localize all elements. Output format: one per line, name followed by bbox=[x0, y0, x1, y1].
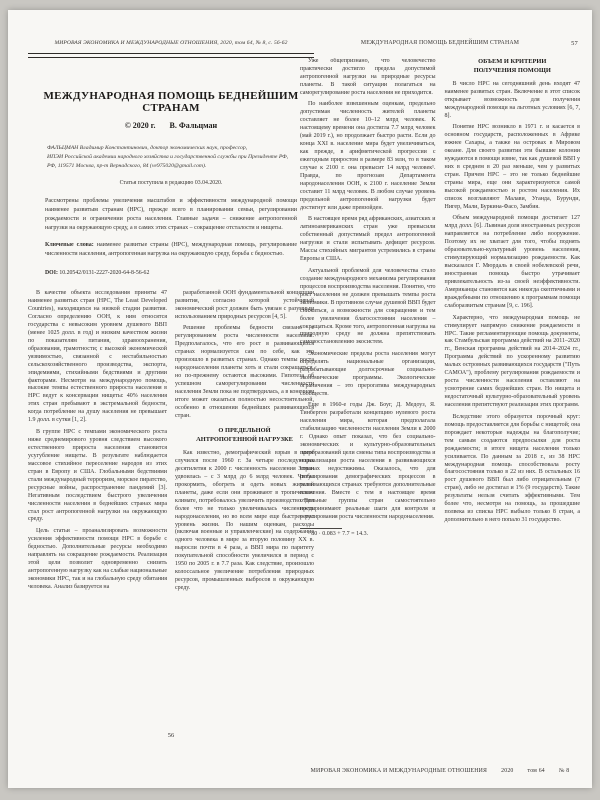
doi-value: 10.20542/0131-2227-2020-64-8-56-62 bbox=[58, 270, 149, 276]
scan-sheet: МИРОВАЯ ЭКОНОМИКА И МЕЖДУНАРОДНЫЕ ОТНОШЕ… bbox=[8, 10, 592, 788]
body-paragraph: Актуальной проблемой для человечества ст… bbox=[300, 268, 436, 348]
copyright-year: © 2020 г. bbox=[125, 121, 156, 130]
affiliation-line: ФАЛЬЦМАН Владимир Константинович, доктор… bbox=[47, 144, 295, 153]
body-paragraph: Уже общепризнано, что человечество практ… bbox=[300, 58, 436, 98]
page-56-column-2: разработанной ООН фундаментальной концеп… bbox=[175, 290, 314, 597]
author-name: В. Фальцман bbox=[170, 121, 218, 130]
journal-footer: МИРОВАЯ ЭКОНОМИКА И МЕЖДУНАРОДНЫЕ ОТНОШЕ… bbox=[300, 768, 580, 774]
article-title: МЕЖДУНАРОДНАЯ ПОМОЩЬ БЕДНЕЙШИМ СТРАНАМ bbox=[28, 90, 314, 114]
footnote-divider bbox=[300, 528, 342, 529]
running-head-right-row: МЕЖДУНАРОДНАЯ ПОМОЩЬ БЕДНЕЙШИМ СТРАНАМ 5… bbox=[300, 40, 580, 46]
page-number-57: 57 bbox=[571, 40, 578, 47]
page-56: МИРОВАЯ ЭКОНОМИКА И МЕЖДУНАРОДНЫЕ ОТНОШЕ… bbox=[28, 30, 314, 742]
body-paragraph: Вследствие этого образуется порочный кру… bbox=[445, 414, 581, 526]
body-paragraph: Как известно, демографический взрыв в ми… bbox=[175, 450, 314, 593]
affiliation-line: РФ, 119571 Москва, пр-т Вернадского, 84 … bbox=[47, 162, 295, 171]
section-heading-line: О ПРЕДЕЛЬНОЙ bbox=[175, 427, 314, 436]
body-paragraph: По наиболее взвешенным оценкам, предельн… bbox=[300, 101, 436, 213]
header-divider bbox=[28, 53, 314, 58]
page-number-56: 56 bbox=[28, 732, 314, 739]
footer-volume: том 64 bbox=[528, 768, 545, 774]
author-byline: © 2020 г. В. Фальцман bbox=[28, 121, 314, 130]
body-paragraph: В качестве объекта исследования приняты … bbox=[28, 290, 167, 425]
affiliation-block: ФАЛЬЦМАН Владимир Константинович, доктор… bbox=[47, 144, 295, 170]
body-paragraph: Экономические пределы роста населения мо… bbox=[300, 351, 436, 399]
section-heading-line: ПОЛУЧЕНИЯ ПОМОЩИ bbox=[445, 67, 581, 76]
body-paragraph: В группе НРС с темпами экономического ро… bbox=[28, 429, 167, 525]
page-57-column-2: ОБЪЕМ И КРИТЕРИИ ПОЛУЧЕНИЯ ПОМОЩИ В числ… bbox=[445, 58, 581, 730]
scanned-journal-spread: { "colors": { "paper": "#f8f7f4", "ink":… bbox=[0, 0, 600, 800]
received-date: Статья поступила в редакцию 03.04.2020. bbox=[28, 180, 314, 186]
body-paragraph: Характерно, что международная помощь не … bbox=[445, 315, 581, 411]
body-paragraph: В настоящее время ряд африканских, азиат… bbox=[300, 216, 436, 264]
body-paragraph: В число НРС на сегодняшний день входят 4… bbox=[445, 81, 581, 121]
section-heading-anthropogenic-load: О ПРЕДЕЛЬНОЙ АНТРОПОГЕННОЙ НАГРУЗКЕ bbox=[175, 427, 314, 445]
page-57: МЕЖДУНАРОДНАЯ ПОМОЩЬ БЕДНЕЙШИМ СТРАНАМ 5… bbox=[300, 30, 580, 780]
running-head-right: МЕЖДУНАРОДНАЯ ПОМОЩЬ БЕДНЕЙШИМ СТРАНАМ bbox=[361, 40, 519, 46]
running-head-left: МИРОВАЯ ЭКОНОМИКА И МЕЖДУНАРОДНЫЕ ОТНОШЕ… bbox=[28, 40, 314, 46]
footer-year: 2020 bbox=[501, 768, 513, 774]
body-paragraph: Понятие НРС возникло в 1971 г. и касаетс… bbox=[445, 124, 581, 212]
section-heading-line: АНТРОПОГЕННОЙ НАГРУЗКЕ bbox=[175, 436, 314, 445]
doi-label: DOI: bbox=[45, 270, 58, 276]
affiliation-line: ИПЭИ Российской академии народного хозяй… bbox=[47, 153, 295, 162]
section-heading-aid-criteria: ОБЪЕМ И КРИТЕРИИ ПОЛУЧЕНИЯ ПОМОЩИ bbox=[445, 58, 581, 76]
body-paragraph: Цель статьи – проанализировать возможнос… bbox=[28, 528, 167, 592]
footnote-text: ¹ 80 · 0.083 + 7.7 = 14.3. bbox=[300, 531, 436, 539]
page-57-column-1: Уже общепризнано, что человечество практ… bbox=[300, 58, 436, 730]
keywords-label: Ключевые слова: bbox=[45, 242, 94, 248]
body-paragraph: Объем международной помощи достигает 127… bbox=[445, 215, 581, 311]
doi-line: DOI: 10.20542/0131-2227-2020-64-8-56-62 bbox=[45, 270, 297, 276]
footer-issue: № 8 bbox=[559, 768, 569, 774]
page-56-columns: В качестве объекта исследования приняты … bbox=[28, 290, 314, 597]
keywords-block: Ключевые слова: наименее развитые страны… bbox=[45, 241, 297, 259]
section-heading-line: ОБЪЕМ И КРИТЕРИИ bbox=[445, 58, 581, 67]
body-paragraph: Еще в 1960-е годы Дж. Боуг, Д. Медоуз, Я… bbox=[300, 402, 436, 522]
body-paragraph: Решение проблемы бедности связано с регу… bbox=[175, 325, 314, 421]
page-56-column-1: В качестве объекта исследования приняты … bbox=[28, 290, 167, 597]
footer-journal-name: МИРОВАЯ ЭКОНОМИКА И МЕЖДУНАРОДНЫЕ ОТНОШЕ… bbox=[311, 768, 488, 774]
body-paragraph: разработанной ООН фундаментальной концеп… bbox=[175, 290, 314, 322]
abstract-text: Рассмотрены проблемы увеличения масштабо… bbox=[45, 197, 297, 233]
page-57-columns: Уже общепризнано, что человечество практ… bbox=[300, 58, 580, 730]
